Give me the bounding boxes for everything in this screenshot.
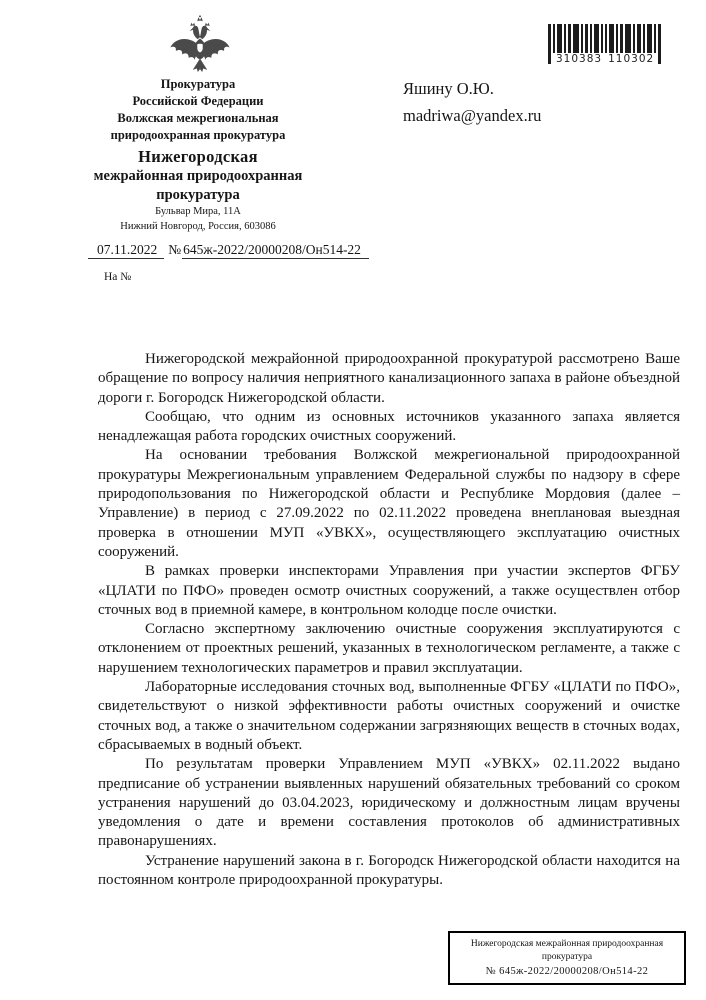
- coat-of-arms-icon: [162, 15, 238, 73]
- number-sign: №: [164, 242, 182, 258]
- address-line: Бульвар Мира, 11А: [48, 205, 348, 220]
- org-name-line: Прокуратура: [48, 76, 348, 93]
- stamp-number: № 645ж-2022/20000208/Он514-22: [454, 966, 680, 977]
- address-line: Нижний Новгород, Россия, 603086: [48, 220, 348, 235]
- body-paragraph: Устранение нарушений закона в г. Богород…: [98, 852, 680, 891]
- reply-ref-label: На №: [104, 271, 131, 283]
- body-paragraph: По результатам проверки Управлением МУП …: [98, 755, 680, 851]
- registration-stamp: Нижегородская межрайонная природоохранна…: [448, 931, 686, 985]
- org-name-line: межрайонная природоохранная: [48, 167, 348, 186]
- barcode: 310383 110302: [548, 24, 662, 67]
- body-paragraph: Лабораторные исследования сточных вод, в…: [98, 678, 680, 755]
- letter-body: Нижегородской межрайонной природоохранно…: [98, 350, 680, 890]
- org-name-line: Российской Федерации: [48, 93, 348, 110]
- ref-date: 07.11.2022: [88, 242, 164, 259]
- recipient-name: Яшину О.Ю.: [403, 79, 494, 99]
- letterhead-address: Бульвар Мира, 11А Нижний Новгород, Росси…: [48, 205, 348, 234]
- letterhead-org-block: Прокуратура Российской Федерации Волжска…: [48, 76, 348, 204]
- body-paragraph: Сообщаю, что одним из основных источнико…: [98, 408, 680, 447]
- org-name-emphasis: Нижегородская: [48, 146, 348, 167]
- barcode-digits: 310383 110302: [553, 53, 655, 65]
- outgoing-reference-line: 07.11.2022№645ж-2022/20000208/Он514-22: [88, 242, 369, 258]
- org-name-line: природоохранная прокуратура: [48, 127, 348, 144]
- scanned-letter-page: Прокуратура Российской Федерации Волжска…: [0, 0, 706, 1000]
- body-paragraph: В рамках проверки инспекторами Управлени…: [98, 562, 680, 620]
- org-name-line: Волжская межрегиональная: [48, 110, 348, 127]
- body-paragraph: Нижегородской межрайонной природоохранно…: [98, 350, 680, 408]
- body-paragraph: На основании требования Волжской межреги…: [98, 446, 680, 562]
- stamp-org-name: Нижегородская межрайонная природоохранна…: [454, 938, 680, 951]
- barcode-left-digits: 310383: [553, 53, 605, 65]
- body-paragraph: Согласно экспертному заключению очистные…: [98, 620, 680, 678]
- ref-number: 645ж-2022/20000208/Он514-22: [182, 242, 369, 259]
- stamp-org-name: прокуратура: [454, 951, 680, 964]
- recipient-email: madriwa@yandex.ru: [403, 106, 541, 126]
- org-name-line: прокуратура: [48, 186, 348, 205]
- barcode-right-digits: 110302: [605, 53, 657, 65]
